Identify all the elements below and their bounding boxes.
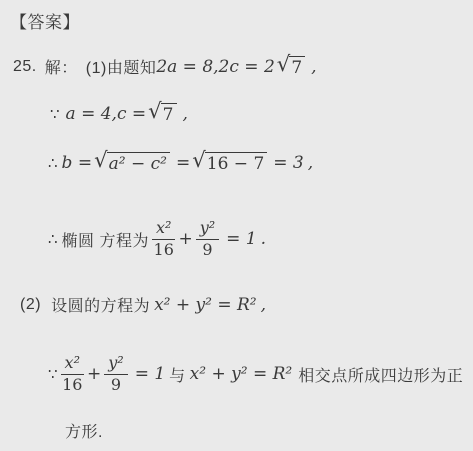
period: .	[261, 229, 266, 249]
fraction-y2-over-9: y² 9	[196, 219, 219, 259]
fraction-x2-over-16: x² 16	[61, 354, 84, 394]
radicand: 7	[289, 56, 305, 78]
math-expression: 2a = 8,2c = 2	[156, 57, 274, 77]
sqrt-a2-minus-c2: √ a² − c²	[94, 152, 170, 174]
solution-line-1: 25. 解： (1)由题知 2a = 8,2c = 2 √ 7 ,	[13, 55, 317, 78]
comma: ,	[311, 57, 316, 77]
comma: ,	[308, 153, 313, 173]
fraction-numerator: y²	[104, 354, 127, 374]
solution-line-2: ∵ a = 4,c = √ 7 ,	[50, 103, 188, 125]
radical-sign: √	[192, 150, 206, 171]
plus-sign: +	[178, 229, 192, 249]
ellipse-equation-label: 椭圆 方程为	[62, 228, 149, 251]
fraction-y2-over-9: y² 9	[104, 354, 127, 394]
answer-document: 【答案】 25. 解： (1)由题知 2a = 8,2c = 2 √ 7 , ∵…	[0, 0, 473, 451]
part1-intro: (1)由题知	[86, 55, 157, 78]
equation-tail: = 1	[226, 229, 256, 249]
fraction-x2-over-16: x² 16	[152, 219, 175, 259]
solution-line-3: ∴ b = √ a² − c² = √ 16 − 7 = 3 ,	[48, 152, 313, 174]
fraction-numerator: y²	[196, 219, 219, 239]
plus-sign: +	[87, 364, 101, 384]
math-expression: a = 4,c =	[66, 104, 147, 124]
radical-sign: √	[277, 53, 291, 74]
therefore-symbol: ∴	[48, 230, 58, 248]
math-result: = 3	[273, 153, 303, 173]
solution-line-6: ∵ x² 16 + y² 9 = 1 与 x² + y² = R² 相交点所成四…	[48, 350, 463, 398]
solve-label: 解：	[45, 55, 78, 78]
answer-header: 【答案】	[10, 8, 80, 33]
part2-label: (2)	[20, 296, 41, 314]
equals-sign: =	[176, 153, 190, 173]
square-statement-cont: 方形.	[65, 419, 103, 442]
radicand: 16 − 7	[205, 152, 268, 174]
circle-equation-label: 设圆的方程为	[51, 293, 150, 316]
comma: ,	[183, 104, 188, 124]
square-statement: 相交点所成四边形为正	[298, 363, 463, 386]
fraction-numerator: x²	[61, 354, 84, 374]
therefore-symbol: ∴	[48, 154, 58, 172]
because-symbol: ∵	[50, 105, 60, 123]
sqrt-16-minus-7: √ 16 − 7	[192, 152, 267, 174]
fraction-denominator: 9	[111, 375, 121, 394]
fraction-denominator: 16	[62, 375, 82, 394]
fraction-denominator: 16	[154, 240, 174, 259]
comma: ,	[261, 295, 266, 315]
radicand: 7	[161, 103, 177, 125]
solution-line-5: (2) 设圆的方程为 x² + y² = R² ,	[20, 293, 266, 316]
problem-number: 25.	[13, 58, 37, 76]
radical-sign: √	[148, 101, 162, 122]
solution-line-4: ∴ 椭圆 方程为 x² 16 + y² 9 = 1 .	[48, 214, 266, 264]
radicand: a² − c²	[107, 152, 170, 174]
math-expression: x² + y² = R²	[154, 295, 257, 315]
and-label: 与	[169, 363, 186, 386]
sqrt-7: √ 7	[277, 56, 305, 78]
math-expression: b =	[62, 153, 93, 173]
fraction-denominator: 9	[202, 240, 212, 259]
radical-sign: √	[94, 150, 108, 171]
answer-header-label: 【答案】	[10, 8, 80, 33]
equation-tail: = 1	[135, 364, 165, 384]
sqrt-7: √ 7	[148, 103, 176, 125]
because-symbol: ∵	[48, 365, 58, 383]
solution-line-7: 方形.	[65, 419, 103, 442]
math-expression: x² + y² = R²	[190, 364, 293, 384]
fraction-numerator: x²	[152, 219, 175, 239]
